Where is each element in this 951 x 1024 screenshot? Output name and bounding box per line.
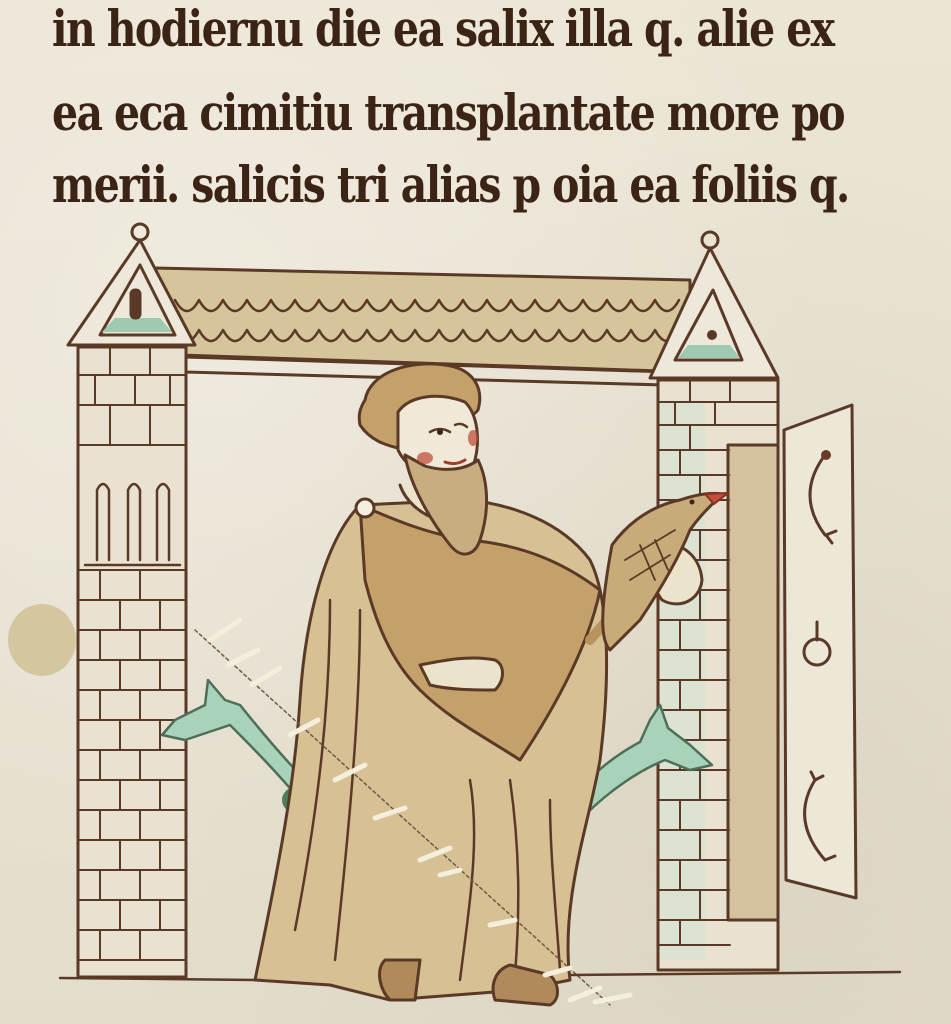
cheek-left	[417, 452, 433, 464]
open-door[interactable]	[784, 405, 856, 898]
water-stain	[8, 604, 76, 676]
brooch	[356, 499, 374, 517]
round-window	[707, 330, 717, 340]
left-tower	[68, 224, 195, 977]
cheek-right	[468, 430, 478, 446]
gable-window	[131, 290, 140, 318]
illumination	[0, 0, 951, 1024]
doorway	[728, 445, 778, 920]
right-hand	[420, 658, 503, 690]
